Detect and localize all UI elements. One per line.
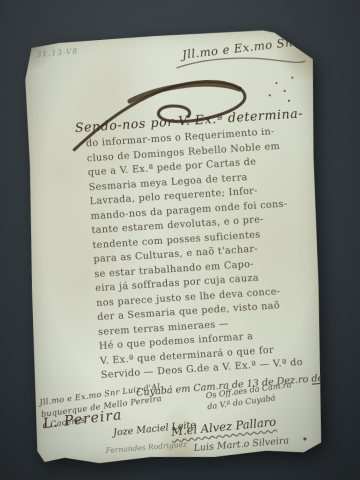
ink-speck xyxy=(291,77,293,79)
signature: Luis Mart.o Silveira xyxy=(193,435,289,454)
ink-speck xyxy=(275,82,277,84)
ink-speck xyxy=(269,94,271,96)
ink-speck xyxy=(284,90,286,92)
ink-speck xyxy=(303,437,306,440)
ink-speck xyxy=(288,100,290,102)
signature: M.el Alvez Pallaro xyxy=(171,415,277,439)
letter-body: Sendo-nos por V. Ex.ª determina- do info… xyxy=(84,105,325,383)
paper-sheet: 31.13-V8 Jll.mo e Ex.mo Snr̃ Sendo-nos p… xyxy=(24,29,324,465)
salutation-flourish xyxy=(175,53,307,71)
manuscript-paper: 31.13-V8 Jll.mo e Ex.mo Snr̃ Sendo-nos p… xyxy=(24,29,324,465)
photo-background: 31.13-V8 Jll.mo e Ex.mo Snr̃ Sendo-nos p… xyxy=(0,0,360,480)
archival-pencil-note: 31.13-V8 xyxy=(36,47,78,59)
signature: Fernandes Rodriguez xyxy=(105,440,187,455)
